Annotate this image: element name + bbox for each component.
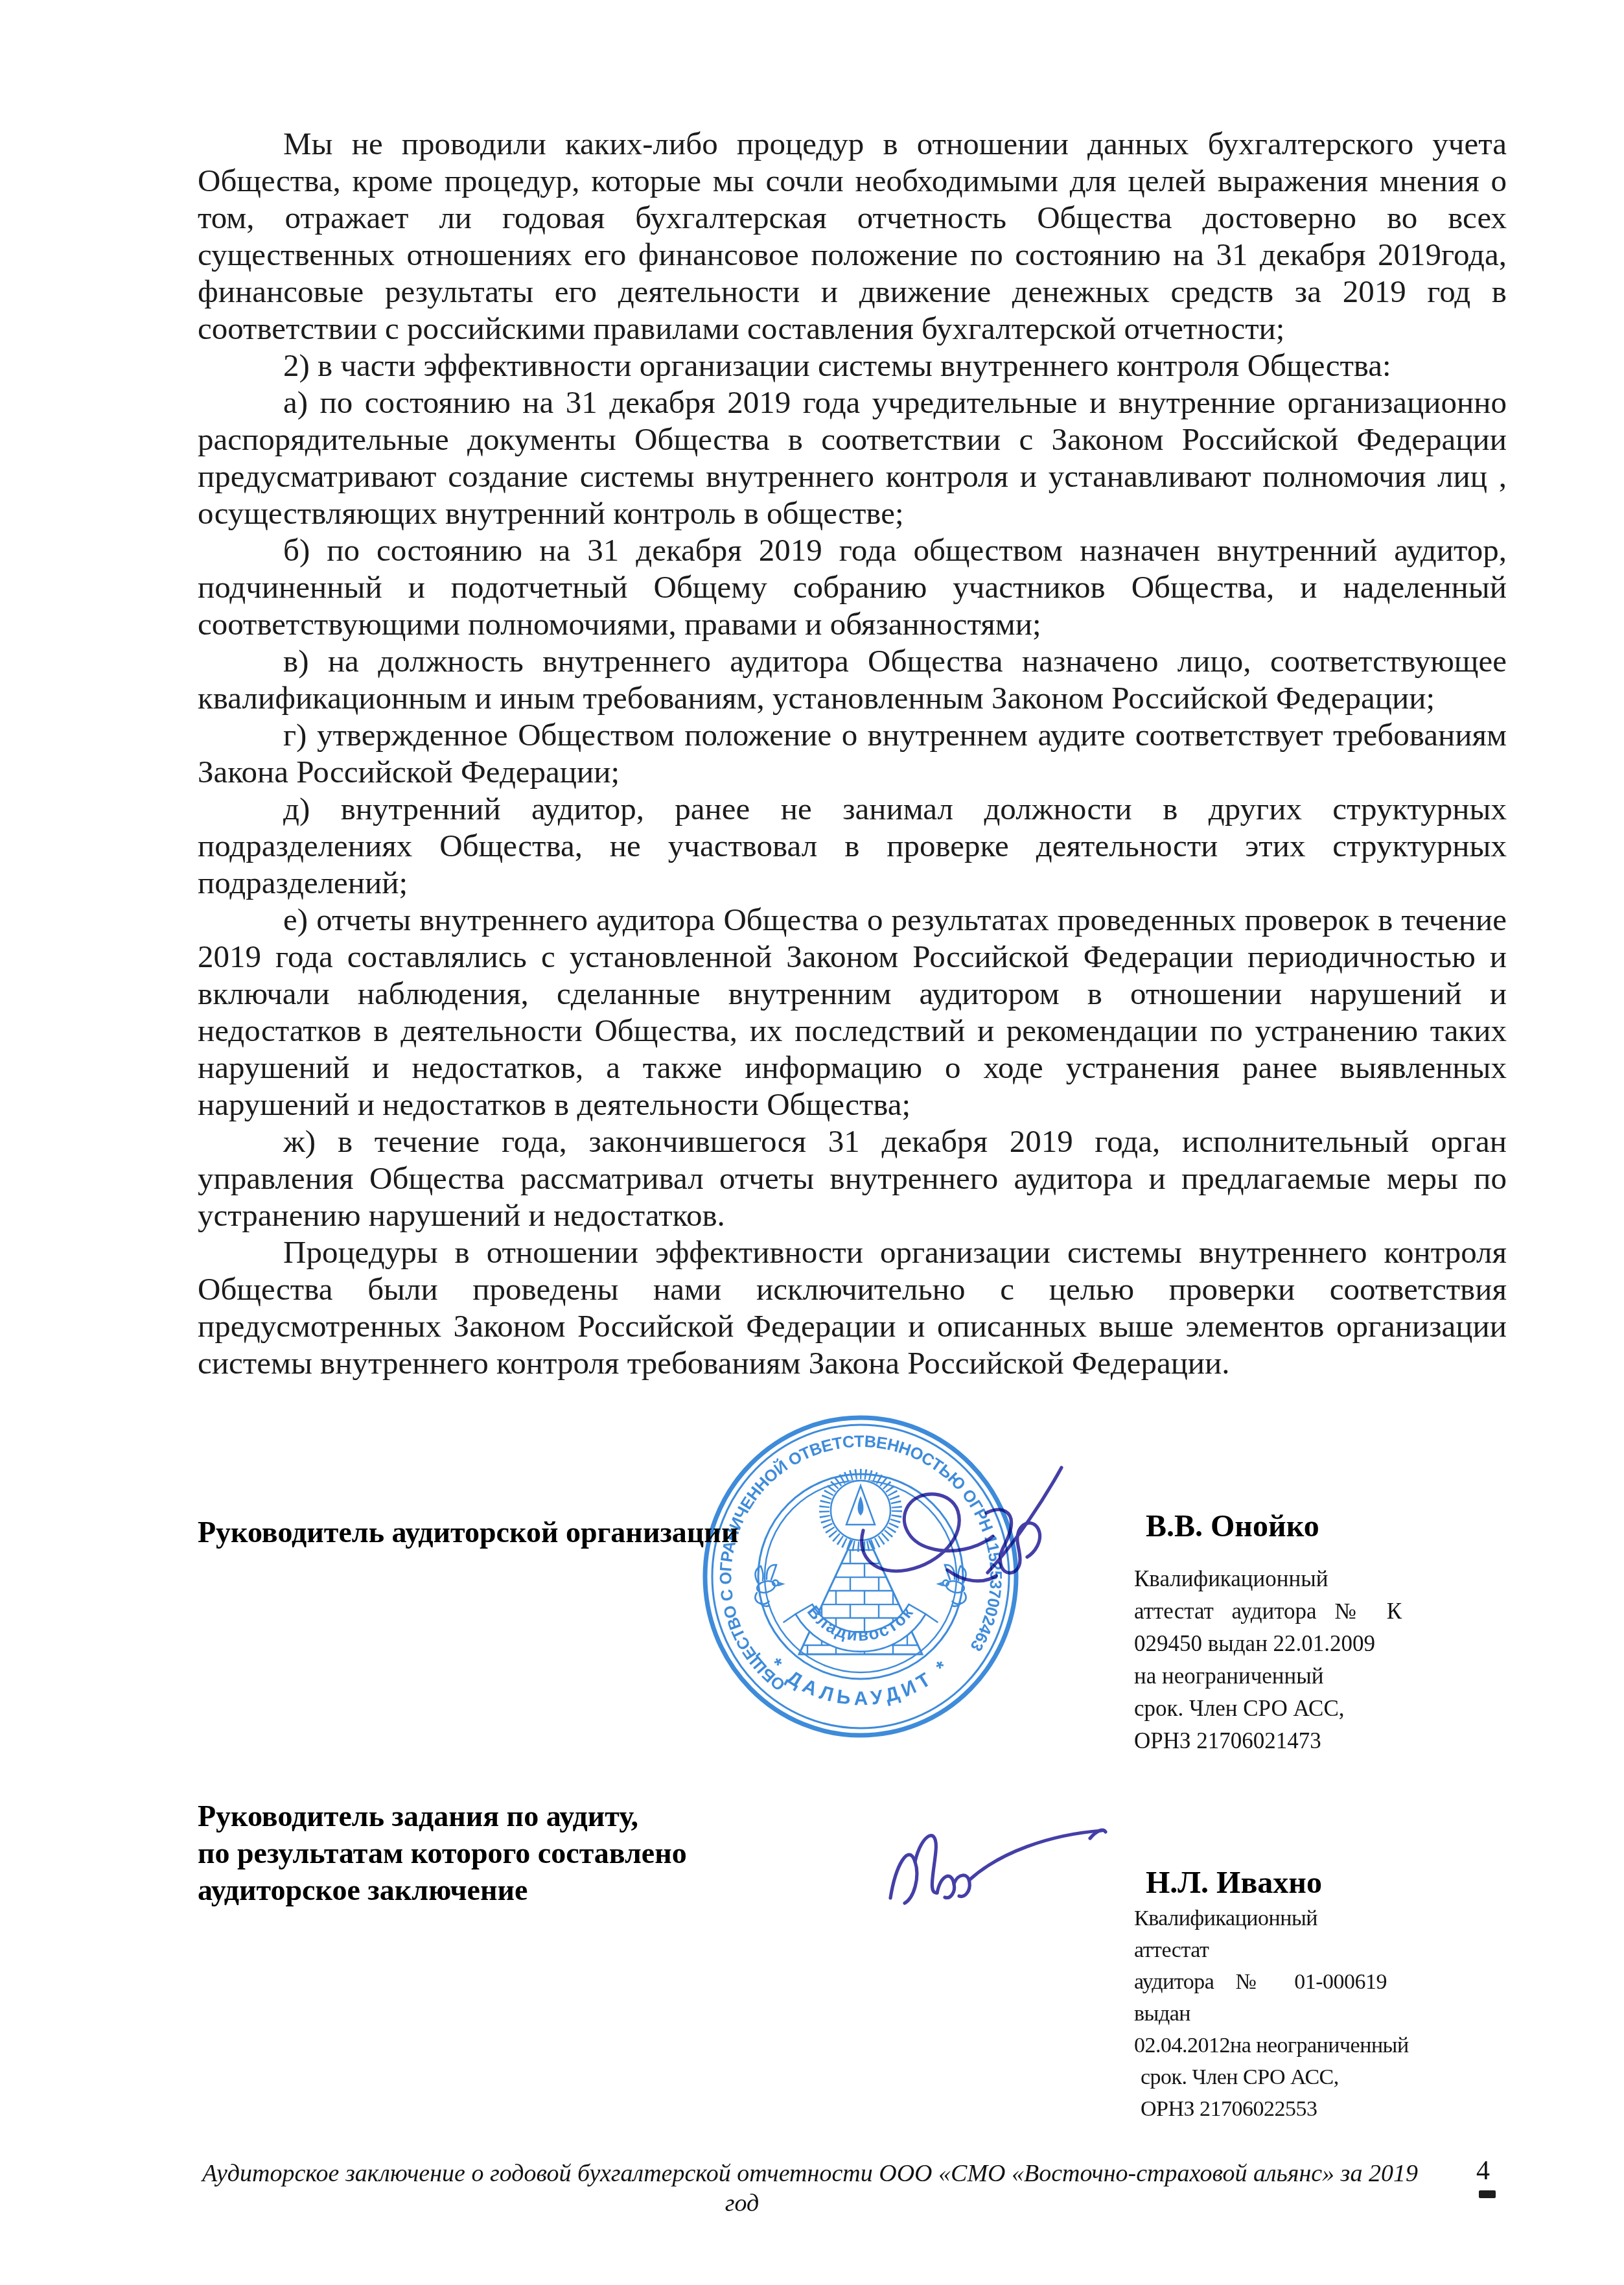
qual-line: ОРНЗ 21706021473 — [1134, 1725, 1402, 1757]
paragraph: Процедуры в отношении эффективности орга… — [198, 1234, 1507, 1381]
footer-title-line: Аудиторское заключение о годовой бухгалт… — [188, 2159, 1432, 2188]
ivakhno-qualification: Квалификационный аттестат аудитора № 01-… — [1134, 1903, 1387, 2125]
qual-line: срок. Член СРО АСС, — [1134, 1693, 1402, 1725]
qual-line: Квалификационный аттестат — [1134, 1903, 1387, 1966]
audit-org-head-label: Руководитель аудиторской организации — [198, 1514, 738, 1551]
paragraph: е) отчеты внутреннего аудитора Общества … — [198, 901, 1507, 1123]
label-line: Руководитель задания по аудиту, — [198, 1798, 755, 1834]
qual-line: срок. Член СРО АСС, — [1134, 2061, 1387, 2093]
paragraph: б) по состоянию на 31 декабря 2019 года … — [198, 532, 1507, 642]
paragraph: Мы не проводили каких-либо процедур в от… — [198, 125, 1507, 347]
qual-line: 02.04.2012на неограниченный — [1134, 2030, 1387, 2061]
qual-line: ОРНЗ 21706022553 — [1134, 2093, 1387, 2125]
qual-line: аттестат аудитора № К — [1134, 1595, 1402, 1628]
qual-line: на неограниченный — [1134, 1660, 1402, 1693]
qual-line: Квалификационный — [1134, 1563, 1402, 1595]
onoyko-name: В.В. Онойко — [1146, 1508, 1319, 1545]
paragraph: 2) в части эффективности организации сис… — [198, 347, 1507, 384]
ivakhno-signature — [876, 1815, 1109, 1935]
paragraph: в) на должность внутреннего аудитора Общ… — [198, 642, 1507, 716]
page-number: 4 — [1476, 2155, 1490, 2186]
qual-line: аудитора № 01-000619 выдан — [1134, 1966, 1387, 2030]
footer-title-line: год — [120, 2188, 1364, 2218]
label-line: аудиторское заключение — [198, 1871, 755, 1908]
paragraph: ж) в течение года, закончившегося 31 дек… — [198, 1123, 1507, 1234]
label-line: по результатам которого составлено — [198, 1834, 755, 1871]
footer: Аудиторское заключение о годовой бухгалт… — [188, 2159, 1432, 2218]
body-text: Мы не проводили каких-либо процедур в от… — [198, 125, 1507, 1381]
paragraph: а) по состоянию на 31 декабря 2019 года … — [198, 384, 1507, 532]
page-number-underline — [1479, 2190, 1496, 2198]
qual-line: 029450 выдан 22.01.2009 — [1134, 1628, 1402, 1660]
paragraph: д) внутренний аудитор, ранее не занимал … — [198, 790, 1507, 901]
paragraph: г) утвержденное Обществом положение о вн… — [198, 716, 1507, 790]
scanned-audit-report-page: Мы не проводили каких-либо процедур в от… — [0, 0, 1624, 2285]
ivakhno-name: Н.Л. Ивахно — [1146, 1864, 1322, 1901]
onoyko-qualification: Квалификационный аттестат аудитора № К 0… — [1134, 1563, 1402, 1757]
seal-bottom-text: * ДАЛЬАУДИТ * — [765, 1654, 955, 1710]
engagement-leader-label: Руководитель задания по аудиту, по резул… — [198, 1798, 755, 1908]
onoyko-signature — [844, 1443, 1067, 1595]
